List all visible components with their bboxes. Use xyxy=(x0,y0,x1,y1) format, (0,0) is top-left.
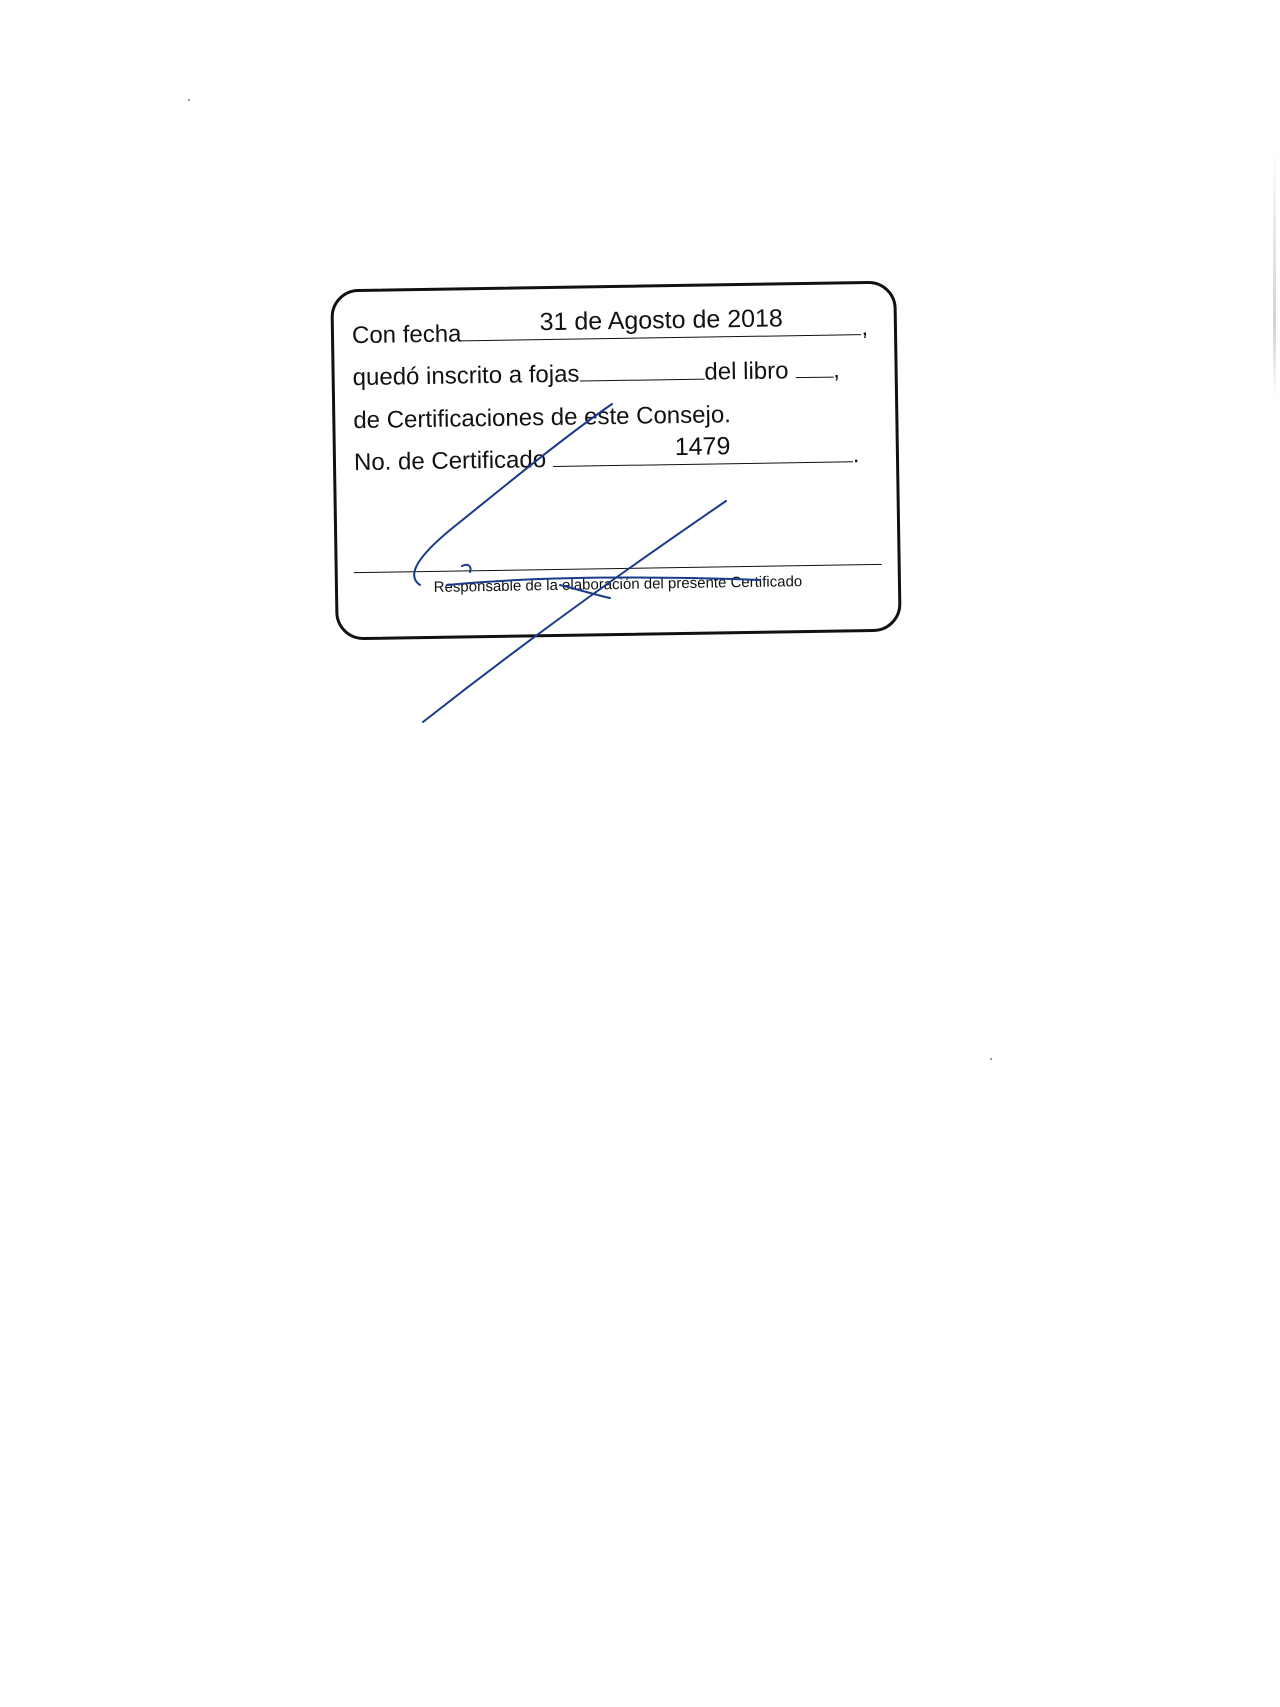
certificate-number-label: No. de Certificado xyxy=(354,446,546,476)
book-field xyxy=(795,359,833,379)
certificate-number-value: 1479 xyxy=(552,430,852,464)
scan-speck xyxy=(188,99,190,101)
handwritten-signature xyxy=(0,0,1280,1707)
certificate-number-field: 1479 xyxy=(553,443,853,467)
scan-edge-artifact xyxy=(1273,150,1276,400)
certificate-registration-stamp: Con fecha31 de Agosto de 2018, quedó ins… xyxy=(330,281,901,641)
signature-caption: Responsable de la elaboración del presen… xyxy=(338,572,898,598)
signature-line xyxy=(354,564,882,573)
date-value: 31 de Agosto de 2018 xyxy=(461,303,861,338)
folio-line: quedó inscrito a fojasdel libro , xyxy=(352,356,840,392)
book-label: del libro xyxy=(704,357,788,385)
punctuation: , xyxy=(833,356,840,383)
folio-field xyxy=(579,361,704,382)
scan-speck xyxy=(990,1058,992,1060)
punctuation: . xyxy=(852,441,859,468)
date-label: Con fecha xyxy=(352,320,462,349)
certificate-number-line: No. de Certificado 1479. xyxy=(354,441,860,477)
date-line: Con fecha31 de Agosto de 2018, xyxy=(352,314,868,350)
registry-line: de Certificaciones de este Consejo. xyxy=(353,401,731,435)
folio-label: quedó inscrito a fojas xyxy=(352,361,579,392)
punctuation: , xyxy=(861,314,868,341)
date-field: 31 de Agosto de 2018 xyxy=(461,316,861,341)
